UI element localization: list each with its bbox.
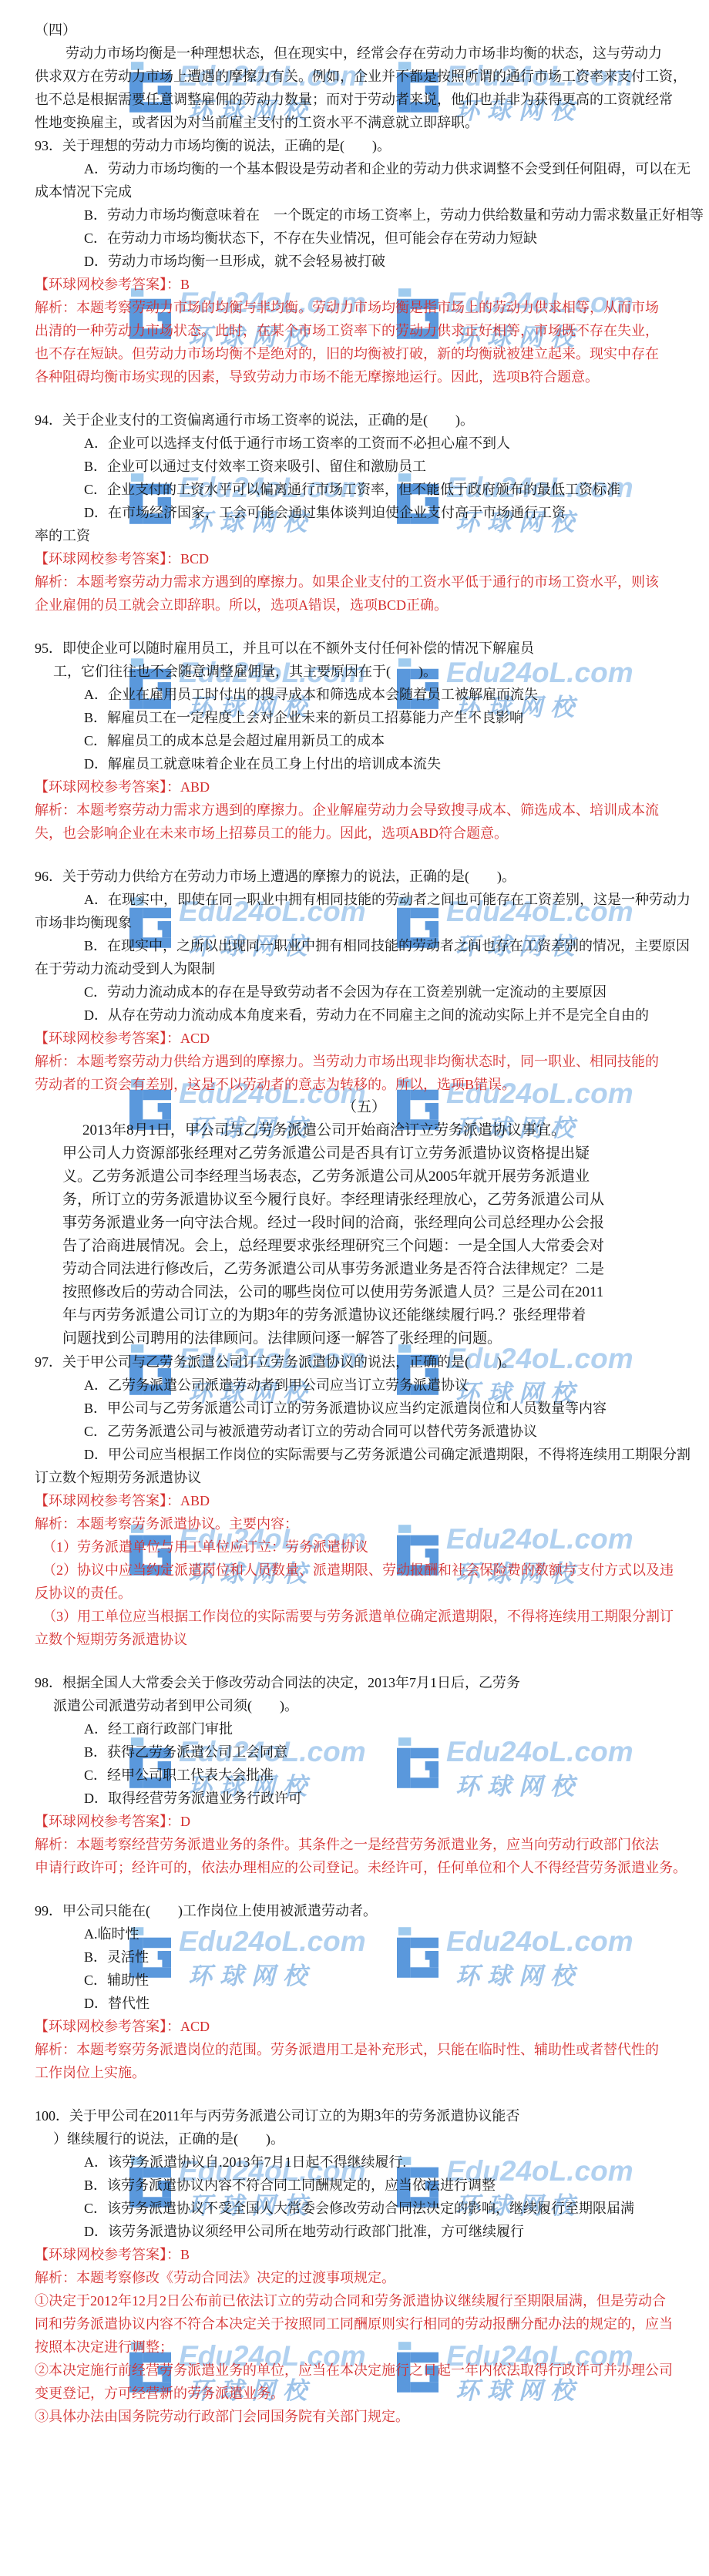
analysis-line: 解析：本题考察劳动力市场的均衡与非均衡。劳动力市场均衡是指市场上的劳动力供求相等… bbox=[35, 296, 694, 319]
option-line: C．劳动力流动成本的存在是导致劳动者不会因为存在工资差别就一定流动的主要原因 bbox=[35, 980, 694, 1004]
question-line-continuation: 工，它们往往也不会随意调整雇佣量，其主要原因在于( )。 bbox=[35, 660, 694, 683]
question-line-continuation: 派遣公司派遣劳动者到甲公司须( )。 bbox=[35, 1694, 694, 1717]
body-line: 劳动力市场均衡是一种理想状态，但在现实中，经常会存在劳动力市场非均衡的状态，这与… bbox=[35, 42, 694, 65]
spacer bbox=[35, 1651, 694, 1671]
option-line-continuation: 率的工资 bbox=[35, 524, 694, 547]
question-line: 99．甲公司只能在( )工作岗位上使用被派遣劳动者。 bbox=[35, 1899, 694, 1922]
option-line: D．从存在劳动力流动成本角度来看，劳动力在不同雇主之间的流动实际上并不是完全自由… bbox=[35, 1004, 694, 1027]
case-line: 甲公司人力资源部张经理对乙劳务派遣公司是否具有订立劳务派遣协议资格提出疑 bbox=[62, 1142, 602, 1165]
analysis-line: 解析：本题考察修改《劳动合同法》决定的过渡事项规定。 bbox=[35, 2266, 694, 2289]
question-line: 100．关于甲公司在2011年与丙劳务派遣公司订立的为期3年的劳务派遣协议能否 bbox=[35, 2104, 694, 2127]
option-line: B．在现实中，之所以出现同一职业中拥有相同技能的劳动者之间也存在工资差别的情况，… bbox=[35, 934, 694, 957]
analysis-line: 变更登记，方可经营新的劳务派遣业务。 bbox=[35, 2382, 694, 2405]
spacer bbox=[35, 617, 694, 637]
spacer bbox=[35, 388, 694, 409]
option-line: A．企业在雇用员工时付出的搜寻成本和筛选成本会随着员工被解雇而流失 bbox=[35, 683, 694, 706]
answer-line: 【环球网校参考答案】：B bbox=[35, 273, 694, 296]
option-line: C．辅助性 bbox=[35, 1969, 694, 1992]
answer-line: 【环球网校参考答案】：BCD bbox=[35, 547, 694, 570]
case-line: 事劳务派遣业务一向守法合规。经过一段时间的洽商，张经理向公司总经理办公会报 bbox=[62, 1212, 602, 1235]
analysis-line: 解析：本题考察劳动力供给方遇到的摩擦力。当劳动力市场出现非均衡状态时，同一职业、… bbox=[35, 1050, 694, 1073]
analysis-subitem-line: （2）协议中应当约定派遣岗位和人员数量、派遣期限、劳动报酬和社会保险费的数额与支… bbox=[35, 1559, 694, 1582]
spacer bbox=[35, 845, 694, 865]
case-line: 2013年8月1日，甲公司与乙劳务派遣公司开始商洽订立劳务派遣协议事宜。 bbox=[62, 1119, 602, 1142]
analysis-line: ①决定于2012年12月2日公布前已依法订立的劳动合同和劳务派遣协议继续履行至期… bbox=[35, 2289, 694, 2312]
question-line-continuation: ）继续履行的说法，正确的是( )。 bbox=[35, 2127, 694, 2151]
analysis-line: 企业雇佣的员工就会立即辞职。所以，选项A错误，选项BCD正确。 bbox=[35, 594, 694, 617]
analysis-subitem-line: （1）劳务派遣单位与用工单位应订立：劳务派遣协议 bbox=[35, 1535, 694, 1559]
document-content: （四）劳动力市场均衡是一种理想状态，但在现实中，经常会存在劳动力市场非均衡的状态… bbox=[0, 0, 709, 2428]
analysis-line: 出清的一种劳动力市场状态。此时，在某个市场工资率下的劳动力供求正好相等，市场既不… bbox=[35, 319, 694, 342]
analysis-line: 解析：本题考察经营劳务派遣业务的条件。其条件之一是经营劳务派遣业务，应当向劳动行… bbox=[35, 1833, 694, 1856]
analysis-line: 各种阻碍均衡市场实现的因素，导致劳动力市场不能无摩擦地运行。因此，选项B符合题意… bbox=[35, 365, 694, 388]
option-line: D．该劳务派遣协议须经甲公司所在地劳动行政部门批准，方可继续履行 bbox=[35, 2220, 694, 2243]
analysis-line: 同和劳务派遣协议内容不符合本决定关于按照同工同酬原则实行相同的劳动报酬分配办法的… bbox=[35, 2312, 694, 2336]
option-line: B．该劳务派遣协议内容不符合同工同酬规定的，应当依法进行调整 bbox=[35, 2174, 694, 2197]
option-line-continuation: 成本情况下完成 bbox=[35, 180, 694, 203]
option-line: B．企业可以通过支付效率工资来吸引、留住和激励员工 bbox=[35, 455, 694, 478]
body-line: 也不总是根据需要任意调整雇佣的劳动力数量；而对于劳动者来说，他们也并非为获得更高… bbox=[35, 88, 694, 111]
analysis-line: 立数个短期劳务派遣协议 bbox=[35, 1628, 694, 1651]
answer-line: 【环球网校参考答案】：ABD bbox=[35, 775, 694, 799]
analysis-line: 按照本决定进行调整； bbox=[35, 2336, 694, 2359]
analysis-line: ③具体办法由国务院劳动行政部门会同国务院有关部门规定。 bbox=[35, 2405, 694, 2428]
analysis-line: ②本决定施行前经营劳务派遣业务的单位，应当在本决定施行之日起一年内依法取得行政许… bbox=[35, 2359, 694, 2382]
option-line: A．劳动力市场均衡的一个基本假设是劳动者和企业的劳动力供求调整不会受到任何阻碍，… bbox=[35, 157, 694, 180]
case-line: 劳动合同法进行修改后，乙劳务派遣公司从事劳务派遣业务是否符合法律规定？二是 bbox=[62, 1258, 602, 1281]
option-line: C．在劳动力市场均衡状态下，不存在失业情况，但可能会存在劳动力短缺 bbox=[35, 227, 694, 250]
option-line: A．经工商行政部门审批 bbox=[35, 1717, 694, 1740]
option-line: C．该劳务派遣协议不受全国人大常委会修改劳动合同法决定的影响，继续履行至期限届满 bbox=[35, 2197, 694, 2220]
body-line: 供求双方在劳动力市场上遭遇的摩擦力有关。例如，企业并不都是按照所谓的通行市场工资… bbox=[35, 65, 694, 88]
case-line: 告了洽商进展情况。会上，总经理要求张经理研究三个问题：一是全国人大常委会对 bbox=[62, 1235, 602, 1258]
option-line: D．甲公司应当根据工作岗位的实际需要与乙劳务派遣公司确定派遣期限，不得将连续用工… bbox=[35, 1443, 694, 1466]
answer-line: 【环球网校参考答案】：ACD bbox=[35, 2015, 694, 2038]
option-line: D．在市场经济国家，工会可能会通过集体谈判迫使企业支付高于市场通行工资 bbox=[35, 501, 694, 524]
option-line: C．经甲公司职工代表大会批准 bbox=[35, 1764, 694, 1787]
answer-line: 【环球网校参考答案】：D bbox=[35, 1810, 694, 1833]
option-line: D．解雇员工就意味着企业在员工身上付出的培训成本流失 bbox=[35, 752, 694, 775]
analysis-line: 解析：本题考察劳务派遣岗位的范围。劳务派遣用工是补充形式，只能在临时性、辅助性或… bbox=[35, 2038, 694, 2061]
option-line: A．该劳务派遣协议自.2013年7月1日起不得继续履行. bbox=[35, 2151, 694, 2174]
document-page: Edu24oL.com环球网校Edu24oL.com环球网校Edu24oL.co… bbox=[0, 0, 709, 2576]
option-line: B．解雇员工在一定程度上会对企业未来的新员工招募能力产生不良影响 bbox=[35, 706, 694, 729]
analysis-line: 解析：本题考察劳务派遣协议。主要内容： bbox=[35, 1512, 694, 1535]
option-line-continuation: 在于劳动力流动受到人为限制 bbox=[35, 957, 694, 980]
option-line: A．企业可以选择支付低于通行市场工资率的工资而不必担心雇不到人 bbox=[35, 432, 694, 455]
section-label: （五） bbox=[35, 1096, 694, 1119]
question-line: 94．关于企业支付的工资偏离通行市场工资率的说法，正确的是( )。 bbox=[35, 409, 694, 432]
option-line: A.临时性 bbox=[35, 1922, 694, 1945]
case-line: 务，所订立的劳务派遣协议至今履行良好。李经理请张经理放心，乙劳务派遣公司从 bbox=[62, 1189, 602, 1212]
option-line: D．替代性 bbox=[35, 1992, 694, 2015]
analysis-line: 也不存在短缺。但劳动力市场均衡不是绝对的，旧的均衡被打破，新的均衡就被建立起来。… bbox=[35, 342, 694, 365]
option-line-continuation: 市场非均衡现象 bbox=[35, 911, 694, 934]
answer-line: 【环球网校参考答案】：B bbox=[35, 2243, 694, 2266]
question-line: （四） bbox=[35, 18, 694, 42]
analysis-line: 申请行政许可；经许可的，依法办理相应的公司登记。未经许可，任何单位和个人不得经营… bbox=[35, 1856, 694, 1879]
option-line: C．企业支付的工资水平可以偏离通行市场工资率，但不能低于政府颁布的最低工资标准 bbox=[35, 478, 694, 501]
option-line: D．取得经营劳务派遣业务行政许可 bbox=[35, 1787, 694, 1810]
analysis-line: 反协议的责任。 bbox=[35, 1582, 694, 1605]
body-line: 性地变换雇主，或者因为对当前雇主支付的工资水平不满意就立即辞职。 bbox=[35, 111, 694, 134]
option-line: B．灵活性 bbox=[35, 1945, 694, 1969]
analysis-line: 解析：本题考察劳动力需求方遇到的摩擦力。企业解雇劳动力会导致搜寻成本、筛选成本、… bbox=[35, 799, 694, 822]
analysis-line: 解析：本题考察劳动力需求方遇到的摩擦力。如果企业支付的工资水平低于通行的市场工资… bbox=[35, 570, 694, 594]
option-line-continuation: 订立数个短期劳务派遣协议 bbox=[35, 1466, 694, 1489]
analysis-line: 劳动者的工资会有差别，这是不以劳动者的意志为转移的。所以，选项B错误。 bbox=[35, 1073, 694, 1096]
option-line: B．获得乙劳务派遣公司工会同意 bbox=[35, 1740, 694, 1764]
question-line: 97．关于甲公司与乙劳务派遣公司订立劳务派遣协议的说法，正确的是( )。 bbox=[35, 1350, 694, 1374]
case-line: 义。乙劳务派遣公司李经理当场表态，乙劳务派遣公司从2005年就开展劳务派遣业 bbox=[62, 1165, 602, 1189]
question-line: 96．关于劳动力供给方在劳动力市场上遭遇的摩擦力的说法，正确的是( )。 bbox=[35, 865, 694, 888]
question-line: 98．根据全国人大常委会关于修改劳动合同法的决定，2013年7月1日后，乙劳务 bbox=[35, 1671, 694, 1694]
spacer bbox=[35, 2084, 694, 2104]
case-line: 按照修改后的劳动合同法，公司的哪些岗位可以使用劳务派遣人员？三是公司在2011 bbox=[62, 1281, 602, 1304]
question-line: 95．即使企业可以随时雇用员工，并且可以在不额外支付任何补偿的情况下解雇员 bbox=[35, 637, 694, 660]
option-line: A．在现实中，即使在同一职业中拥有相同技能的劳动者之间也可能存在工资差别，这是一… bbox=[35, 888, 694, 911]
case-line: 问题找到公司聘用的法律顾问。法律顾问逐一解答了张经理的问题。 bbox=[62, 1327, 602, 1350]
option-line: C．解雇员工的成本总是会超过雇用新员工的成本 bbox=[35, 729, 694, 752]
case-line: 年与丙劳务派遣公司订立的为期3年的劳务派遣协议还能继续履行吗.？张经理带着 bbox=[62, 1304, 602, 1327]
analysis-line: 失，也会影响企业在未来市场上招募员工的能力。因此，选项ABD符合题意。 bbox=[35, 822, 694, 845]
analysis-line: 工作岗位上实施。 bbox=[35, 2061, 694, 2084]
spacer bbox=[35, 1879, 694, 1899]
option-line: B．劳动力市场均衡意味着在 一个既定的市场工资率上，劳动力供给数量和劳动力需求数… bbox=[35, 203, 694, 227]
option-line: A．乙劳务派遣公司派遣劳动者到甲公司应当订立劳务派遣协议 bbox=[35, 1374, 694, 1397]
option-line: C．乙劳务派遣公司与被派遣劳动者订立的劳动合同可以替代劳务派遣协议 bbox=[35, 1420, 694, 1443]
analysis-subitem-line: （3）用工单位应当根据工作岗位的实际需要与劳务派遣单位确定派遣期限，不得将连续用… bbox=[35, 1605, 694, 1628]
answer-line: 【环球网校参考答案】：ACD bbox=[35, 1027, 694, 1050]
answer-line: 【环球网校参考答案】：ABD bbox=[35, 1489, 694, 1512]
option-line: D．劳动力市场均衡一旦形成，就不会轻易被打破 bbox=[35, 250, 694, 273]
question-line: 93．关于理想的劳动力市场均衡的说法，正确的是( )。 bbox=[35, 134, 694, 157]
option-line: B．甲公司与乙劳务派遣公司订立的劳务派遣协议应当约定派遣岗位和人员数量等内容 bbox=[35, 1397, 694, 1420]
